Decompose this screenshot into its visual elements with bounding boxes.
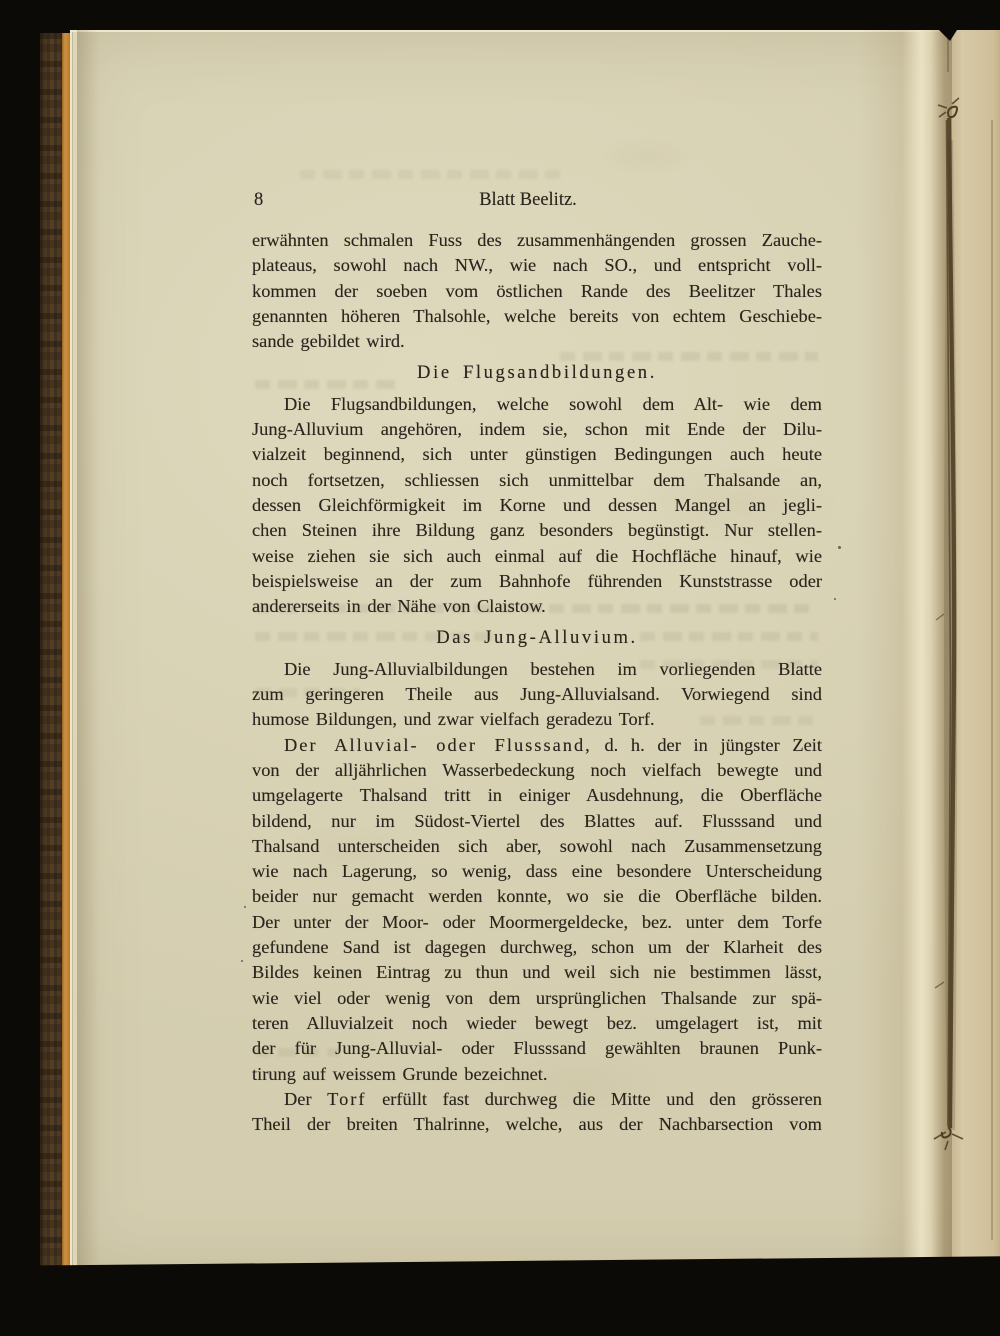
text-line: bildend, nur im Südost-Viertel des Blatt… xyxy=(252,809,822,834)
paper-speck xyxy=(838,546,841,549)
adjacent-page-edge xyxy=(991,120,993,1240)
text-line: vialzeit beginnend, sich unter günstigen… xyxy=(252,442,822,467)
text-line: wie nach Lagerung, so wenig, dass eine b… xyxy=(252,859,822,884)
text-line: von der alljährlichen Wasserbedeckung no… xyxy=(252,758,822,783)
text-line: dessen Gleichförmigkeit im Korne und des… xyxy=(252,493,822,518)
text-line: teren Alluvialzeit noch wieder bewegt be… xyxy=(252,1011,822,1036)
text-line: Der Torf erfüllt fast durchweg die Mitte… xyxy=(252,1087,822,1112)
background-top xyxy=(0,0,1000,30)
gutter-fold-shadow xyxy=(856,30,952,1270)
paper-speck xyxy=(244,906,246,908)
page-content: 8 Blatt Beelitz. erwähnten schmalen Fuss… xyxy=(252,188,822,1137)
text-line: kommen der soeben vom östlichen Rande de… xyxy=(252,279,822,304)
background-left xyxy=(0,0,40,1298)
paragraph: Der Torf erfüllt fast durchweg die Mitte… xyxy=(252,1087,822,1138)
text-line: Die Flugsandbildungen, welche sowohl dem… xyxy=(252,392,822,417)
show-through-smudge xyxy=(300,170,560,179)
section-heading-flugsandbildungen: Die Flugsandbildungen. xyxy=(252,360,822,385)
paragraph-continuation: erwähnten schmalen Fuss des zusammenhäng… xyxy=(252,228,822,354)
paragraph: Der Alluvial- oder Flusssand, d. h. der … xyxy=(252,733,822,1087)
paragraph: Die Jung-Alluvialbildungen bestehen im v… xyxy=(252,657,822,733)
text-line: Bildes keinen Eintrag zu thun und weil s… xyxy=(252,960,822,985)
text-line: Theil der breiten Thalrinne, welche, aus… xyxy=(252,1112,822,1137)
text-line: Thalsand unterscheiden sich aber, sowohl… xyxy=(252,834,822,859)
paper-speck xyxy=(241,960,243,962)
emphasized-term: Der Alluvial- oder Flusssand, xyxy=(284,735,592,755)
text-line: noch fortsetzen, schliessen sich unmitte… xyxy=(252,468,822,493)
text-line: Jung-Alluvium angehören, indem sie, scho… xyxy=(252,417,822,442)
text-line: humose Bildungen, und zwar vielfach gera… xyxy=(252,707,822,732)
running-title: Blatt Beelitz. xyxy=(252,188,804,213)
text-line: Der Alluvial- oder Flusssand, d. h. der … xyxy=(252,733,822,758)
text-line: beispielsweise an der zum Bahnhofe führe… xyxy=(252,569,822,594)
text-line: plateaus, sowohl nach NW., wie nach SO.,… xyxy=(252,253,822,278)
text-line: andererseits in der Nähe von Claistow. xyxy=(252,594,822,619)
text-line: beider nur gemacht werden konnte, wo sie… xyxy=(252,884,822,909)
text-line: zum geringeren Theile aus Jung-Alluvials… xyxy=(252,682,822,707)
text-line: genannten höheren Thalsohle, welche bere… xyxy=(252,304,822,329)
emphasized-term: Torf xyxy=(327,1089,366,1109)
binding-edge-brown xyxy=(40,33,62,1267)
paragraph: Die Flugsandbildungen, welche sowohl dem… xyxy=(252,392,822,620)
text-line: Der unter der Moor- oder Moormergeldecke… xyxy=(252,910,822,935)
page-stack-edges-left xyxy=(70,32,77,1268)
text-line: umgelagerte Thalsand tritt in einiger Au… xyxy=(252,783,822,808)
section-heading-jung-alluvium: Das Jung-Alluvium. xyxy=(252,625,822,650)
text-line: tirung auf weissem Grunde bezeichnet. xyxy=(252,1062,822,1087)
paper-speck xyxy=(834,598,836,600)
page-header: 8 Blatt Beelitz. xyxy=(252,188,822,212)
page-left-shadow xyxy=(77,30,99,1268)
text-line: Die Jung-Alluvialbildungen bestehen im v… xyxy=(252,657,822,682)
text-line: erwähnten schmalen Fuss des zusammenhäng… xyxy=(252,228,822,253)
book-photo: 8 Blatt Beelitz. erwähnten schmalen Fuss… xyxy=(0,0,1000,1298)
text-line: sande gebildet wird. xyxy=(252,329,822,354)
text-line: der für Jung-Alluvial- oder Flusssand ge… xyxy=(252,1036,822,1061)
text-line: wie viel oder wenig von dem ursprünglich… xyxy=(252,986,822,1011)
text-line: gefundene Sand ist dagegen durchweg, sch… xyxy=(252,935,822,960)
text-line: chen Steinen ihre Bildung ganz besonders… xyxy=(252,518,822,543)
text-line: weise ziehen sie sich auch einmal auf di… xyxy=(252,544,822,569)
